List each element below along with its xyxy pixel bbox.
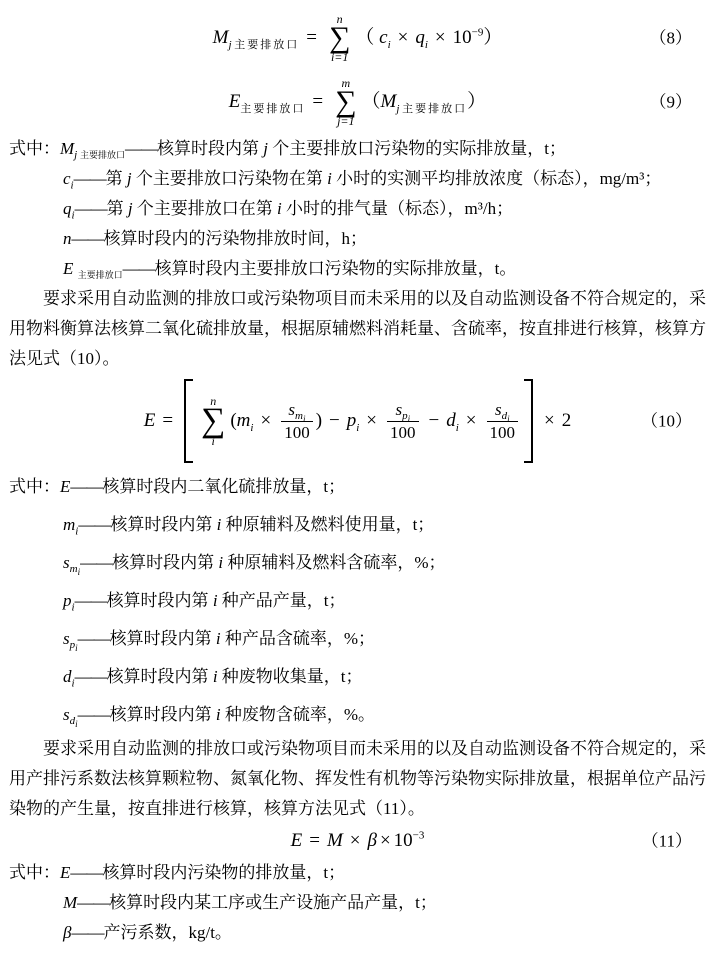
bracket-left [184, 379, 193, 463]
sigma-sum: n∑i [201, 395, 225, 448]
term: E 主要排放口 [63, 259, 123, 278]
formula-11: E = M × β × 10−3 （11） [9, 824, 706, 858]
em-dash: —— [70, 863, 102, 882]
definition-item: β——产污系数，kg/t。 [9, 918, 706, 948]
description: 核算时段内某工序或生产设施产品产量，t； [109, 893, 437, 912]
definition-item: smi——核算时段内第 i 种原辅料及燃料含硫率，%； [9, 544, 706, 582]
description: 核算时段内第 i 种原辅料及燃料使用量，t； [110, 515, 434, 534]
description: 核算时段内第 j 个主要排放口污染物的实际排放量，t； [157, 139, 566, 158]
variable: M [327, 831, 343, 852]
definition-item: ci——第 j 个主要排放口污染物在第 i 小时的实测平均排放浓度（标态），mg… [9, 164, 706, 194]
definition-list-1: 式中：Mj 主要排放口——核算时段内第 j 个主要排放口污染物的实际排放量，t；… [9, 134, 706, 284]
em-dash: —— [78, 705, 110, 724]
em-dash: —— [75, 667, 107, 686]
em-dash: —— [72, 229, 104, 248]
em-dash: —— [125, 139, 157, 158]
definition-item: di——核算时段内第 i 种废物收集量，t； [9, 658, 706, 696]
sigma-sum: m∑j=1 [335, 77, 356, 127]
term: pi [63, 591, 75, 610]
variable: β [367, 831, 376, 852]
fraction: spi100 [387, 400, 419, 442]
term: ci [63, 169, 74, 188]
formula-number: （11） [642, 833, 692, 850]
description: 核算时段内第 i 种废物收集量，t； [107, 667, 363, 686]
term: spi [63, 629, 78, 648]
formula-number: （9） [650, 94, 693, 111]
open-paren: （ [355, 28, 379, 49]
power-term: 10−9 [453, 28, 484, 49]
definition-item: spi——核算时段内第 i 种产品含硫率，%； [9, 620, 706, 658]
term: mi [63, 515, 78, 534]
definition-item: sdi——核算时段内第 i 种废物含硫率，%。 [9, 696, 706, 734]
em-dash: —— [71, 923, 103, 942]
equals-sign: = [312, 92, 323, 113]
description: 产污系数，kg/t。 [103, 923, 231, 942]
term: smi [63, 553, 80, 572]
times-sign: × [366, 411, 377, 432]
description: 核算时段内第 i 种产品产量，t； [107, 591, 346, 610]
em-dash: —— [74, 169, 106, 188]
em-dash: —— [78, 629, 110, 648]
times-sign: × [466, 411, 477, 432]
equals-sign: = [309, 831, 320, 852]
times-sign: × [435, 28, 446, 49]
em-dash: —— [80, 553, 112, 572]
definition-item: 式中：E——核算时段内污染物的排放量，t； [9, 858, 706, 888]
definition-item: n——核算时段内的污染物排放时间，h； [9, 224, 706, 254]
times-sign: × [398, 28, 409, 49]
fraction: smi100 [281, 400, 313, 442]
minus-sign: − [429, 411, 440, 432]
open-paren: （ [362, 92, 381, 113]
description: 核算时段内第 i 种原辅料及燃料含硫率，%； [112, 553, 445, 572]
times-sign: × [350, 831, 361, 852]
variable: Mj 主要排放口 [213, 28, 300, 49]
formula-8: Mj 主要排放口 = n∑i=1 （ ci × qi × 10−9 ） （8） [9, 6, 706, 70]
sigma-icon: ∑ [201, 407, 225, 436]
description: 核算时段内二氧化硫排放量，t； [102, 477, 345, 496]
equals-sign: = [162, 411, 173, 432]
formula-10: E = n∑i ( mi × smi100 ) − pi × spi100 − … [9, 374, 706, 468]
close-paren: ） [467, 92, 486, 113]
definition-item: mi——核算时段内第 i 种原辅料及燃料使用量，t； [9, 506, 706, 544]
em-dash: —— [75, 591, 107, 610]
definition-item: E 主要排放口——核算时段内主要排放口污染物的实际排放量，t。 [9, 254, 706, 284]
variable: ci [379, 28, 391, 49]
document-page: Mj 主要排放口 = n∑i=1 （ ci × qi × 10−9 ） （8） … [0, 0, 715, 958]
em-dash: —— [70, 477, 102, 496]
em-dash: —— [78, 515, 110, 534]
em-dash: —— [77, 893, 109, 912]
sigma-icon: ∑ [329, 25, 350, 51]
variable: E主要排放口 [229, 92, 306, 113]
body-paragraph: 要求采用自动监测的排放口或污染物项目而未采用的以及自动监测设备不符合规定的，采用… [9, 284, 706, 374]
equals-sign: = [306, 28, 317, 49]
times-sign: × [380, 831, 391, 852]
sigma-icon: ∑ [335, 89, 356, 115]
term: Mj 主要排放口 [60, 139, 125, 158]
times-sign: × [260, 411, 271, 432]
em-dash: —— [123, 259, 155, 278]
description: 核算时段内主要排放口污染物的实际排放量，t。 [155, 259, 517, 278]
term: E [60, 477, 70, 496]
close-paren: ） [483, 28, 502, 49]
wherein-label: 式中： [9, 863, 60, 882]
sigma-sum: n∑i=1 [329, 13, 350, 63]
term: di [63, 667, 75, 686]
formula-11-expression: E = M × β × 10−3 [291, 831, 425, 852]
power-term: 10−3 [394, 831, 425, 852]
description: 第 j 个主要排放口在第 i 小时的排气量（标态），m³/h； [107, 199, 514, 218]
term: M [63, 893, 77, 912]
variable: di [446, 411, 459, 432]
definition-item: M——核算时段内某工序或生产设施产品产量，t； [9, 888, 706, 918]
definition-item: pi——核算时段内第 i 种产品产量，t； [9, 582, 706, 620]
term: sdi [63, 705, 78, 724]
definition-item: 式中：E——核算时段内二氧化硫排放量，t； [9, 468, 706, 506]
formula-9: E主要排放口 = m∑j=1 （ Mj 主要排放口 ） （9） [9, 70, 706, 134]
variable: E [291, 831, 303, 852]
formula-10-expression: E = n∑i ( mi × smi100 ) − pi × spi100 − … [144, 379, 571, 463]
formula-9-expression: E主要排放口 = m∑j=1 （ Mj 主要排放口 ） [229, 77, 486, 127]
wherein-label: 式中： [9, 139, 60, 158]
em-dash: —— [75, 199, 107, 218]
term: n [63, 229, 72, 248]
times-sign: × [544, 411, 555, 432]
close-paren: ) [316, 411, 322, 432]
bracket-right [524, 379, 533, 463]
variable: mi [237, 411, 254, 432]
variable: E [144, 411, 156, 432]
term: E [60, 863, 70, 882]
definition-item: qi——第 j 个主要排放口在第 i 小时的排气量（标态），m³/h； [9, 194, 706, 224]
definition-list-3: 式中：E——核算时段内污染物的排放量，t； M——核算时段内某工序或生产设施产品… [9, 858, 706, 948]
formula-number: （10） [641, 413, 692, 430]
description: 核算时段内第 i 种产品含硫率，%； [110, 629, 375, 648]
fraction: sdi100 [487, 400, 519, 442]
term: qi [63, 199, 75, 218]
minus-sign: − [329, 411, 340, 432]
definition-item: 式中：Mj 主要排放口——核算时段内第 j 个主要排放口污染物的实际排放量，t； [9, 134, 706, 164]
variable: Mj 主要排放口 [381, 92, 468, 113]
constant: 2 [562, 411, 572, 432]
wherein-label: 式中： [9, 477, 60, 496]
description: 核算时段内第 i 种废物含硫率，%。 [110, 705, 375, 724]
description: 核算时段内的污染物排放时间，h； [104, 229, 368, 248]
definition-list-2: 式中：E——核算时段内二氧化硫排放量，t； mi——核算时段内第 i 种原辅料及… [9, 468, 706, 734]
description: 核算时段内污染物的排放量，t； [102, 863, 345, 882]
formula-8-expression: Mj 主要排放口 = n∑i=1 （ ci × qi × 10−9 ） [213, 13, 503, 63]
formula-number: （8） [650, 30, 693, 47]
body-paragraph: 要求采用自动监测的排放口或污染物项目而未采用的以及自动监测设备不符合规定的，采用… [9, 734, 706, 824]
variable: qi [415, 28, 428, 49]
variable: pi [347, 411, 360, 432]
description: 第 j 个主要排放口污染物在第 i 小时的实测平均排放浓度（标态），mg/m³； [106, 169, 662, 188]
